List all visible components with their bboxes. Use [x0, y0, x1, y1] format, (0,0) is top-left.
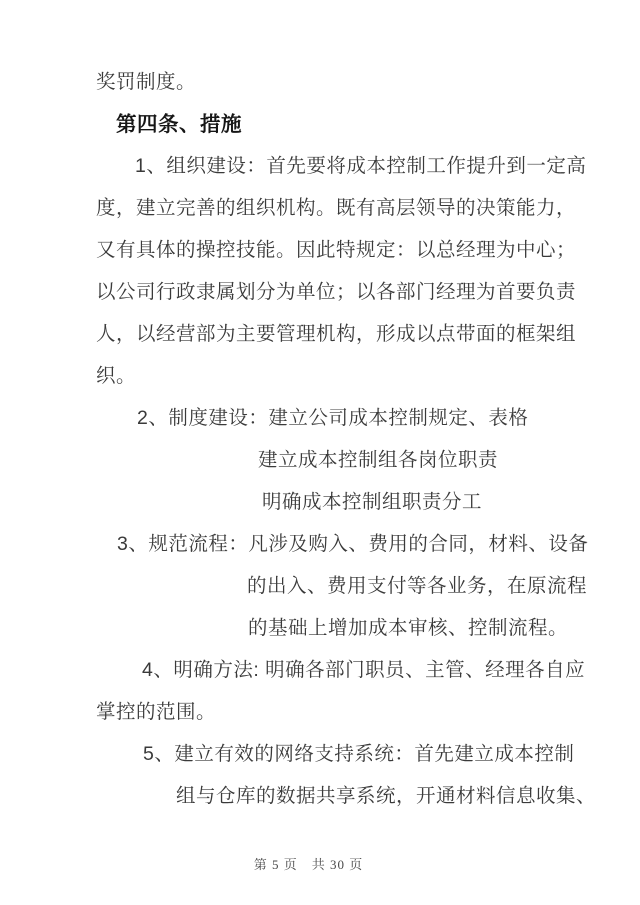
list-item-3-continuation: 的出入、费用支付等各业务，在原流程	[247, 576, 587, 597]
page-number-text: 第 5 页 共 30 页	[254, 857, 364, 872]
list-item-4-line: 4、明确方法: 明确各部门职员、主管、经理各自应	[142, 660, 585, 681]
document-page: 奖罚制度。 第四条、措施 1、组织建设：首先要将成本控制工作提升到一定高 度，建…	[0, 0, 640, 905]
list-item-3-continuation: 的基础上增加成本审核、控制流程。	[248, 618, 568, 639]
paragraph-line: 织。	[96, 366, 136, 387]
paragraph-line: 人，以经营部为主要管理机构，形成以点带面的框架组	[96, 324, 576, 345]
list-item-2-continuation: 明确成本控制组职责分工	[262, 492, 482, 513]
list-item-4-continuation: 掌控的范围。	[96, 702, 216, 723]
list-item-2-line: 2、制度建设：建立公司成本控制规定、表格	[137, 408, 528, 429]
list-item-5-line: 5、建立有效的网络支持系统：首先建立成本控制	[143, 744, 574, 765]
list-item-3-line: 3、规范流程：凡涉及购入、费用的合同，材料、设备	[117, 534, 588, 555]
paragraph-line: 度，建立完善的组织机构。既有高层领导的决策能力，	[96, 198, 576, 219]
section-heading: 第四条、措施	[116, 114, 242, 137]
page-footer: 第 5 页 共 30 页	[0, 838, 600, 889]
list-item-2-continuation: 建立成本控制组各岗位职责	[258, 450, 498, 471]
paragraph-line: 奖罚制度。	[96, 72, 196, 93]
paragraph-line: 又有具体的操控技能。因此特规定：以总经理为中心；	[96, 240, 576, 261]
paragraph-line: 以公司行政隶属划分为单位；以各部门经理为首要负责	[96, 282, 576, 303]
list-item-1-line: 1、组织建设：首先要将成本控制工作提升到一定高	[135, 156, 586, 177]
list-item-5-continuation: 组与仓库的数据共享系统，开通材料信息收集、	[176, 786, 596, 807]
